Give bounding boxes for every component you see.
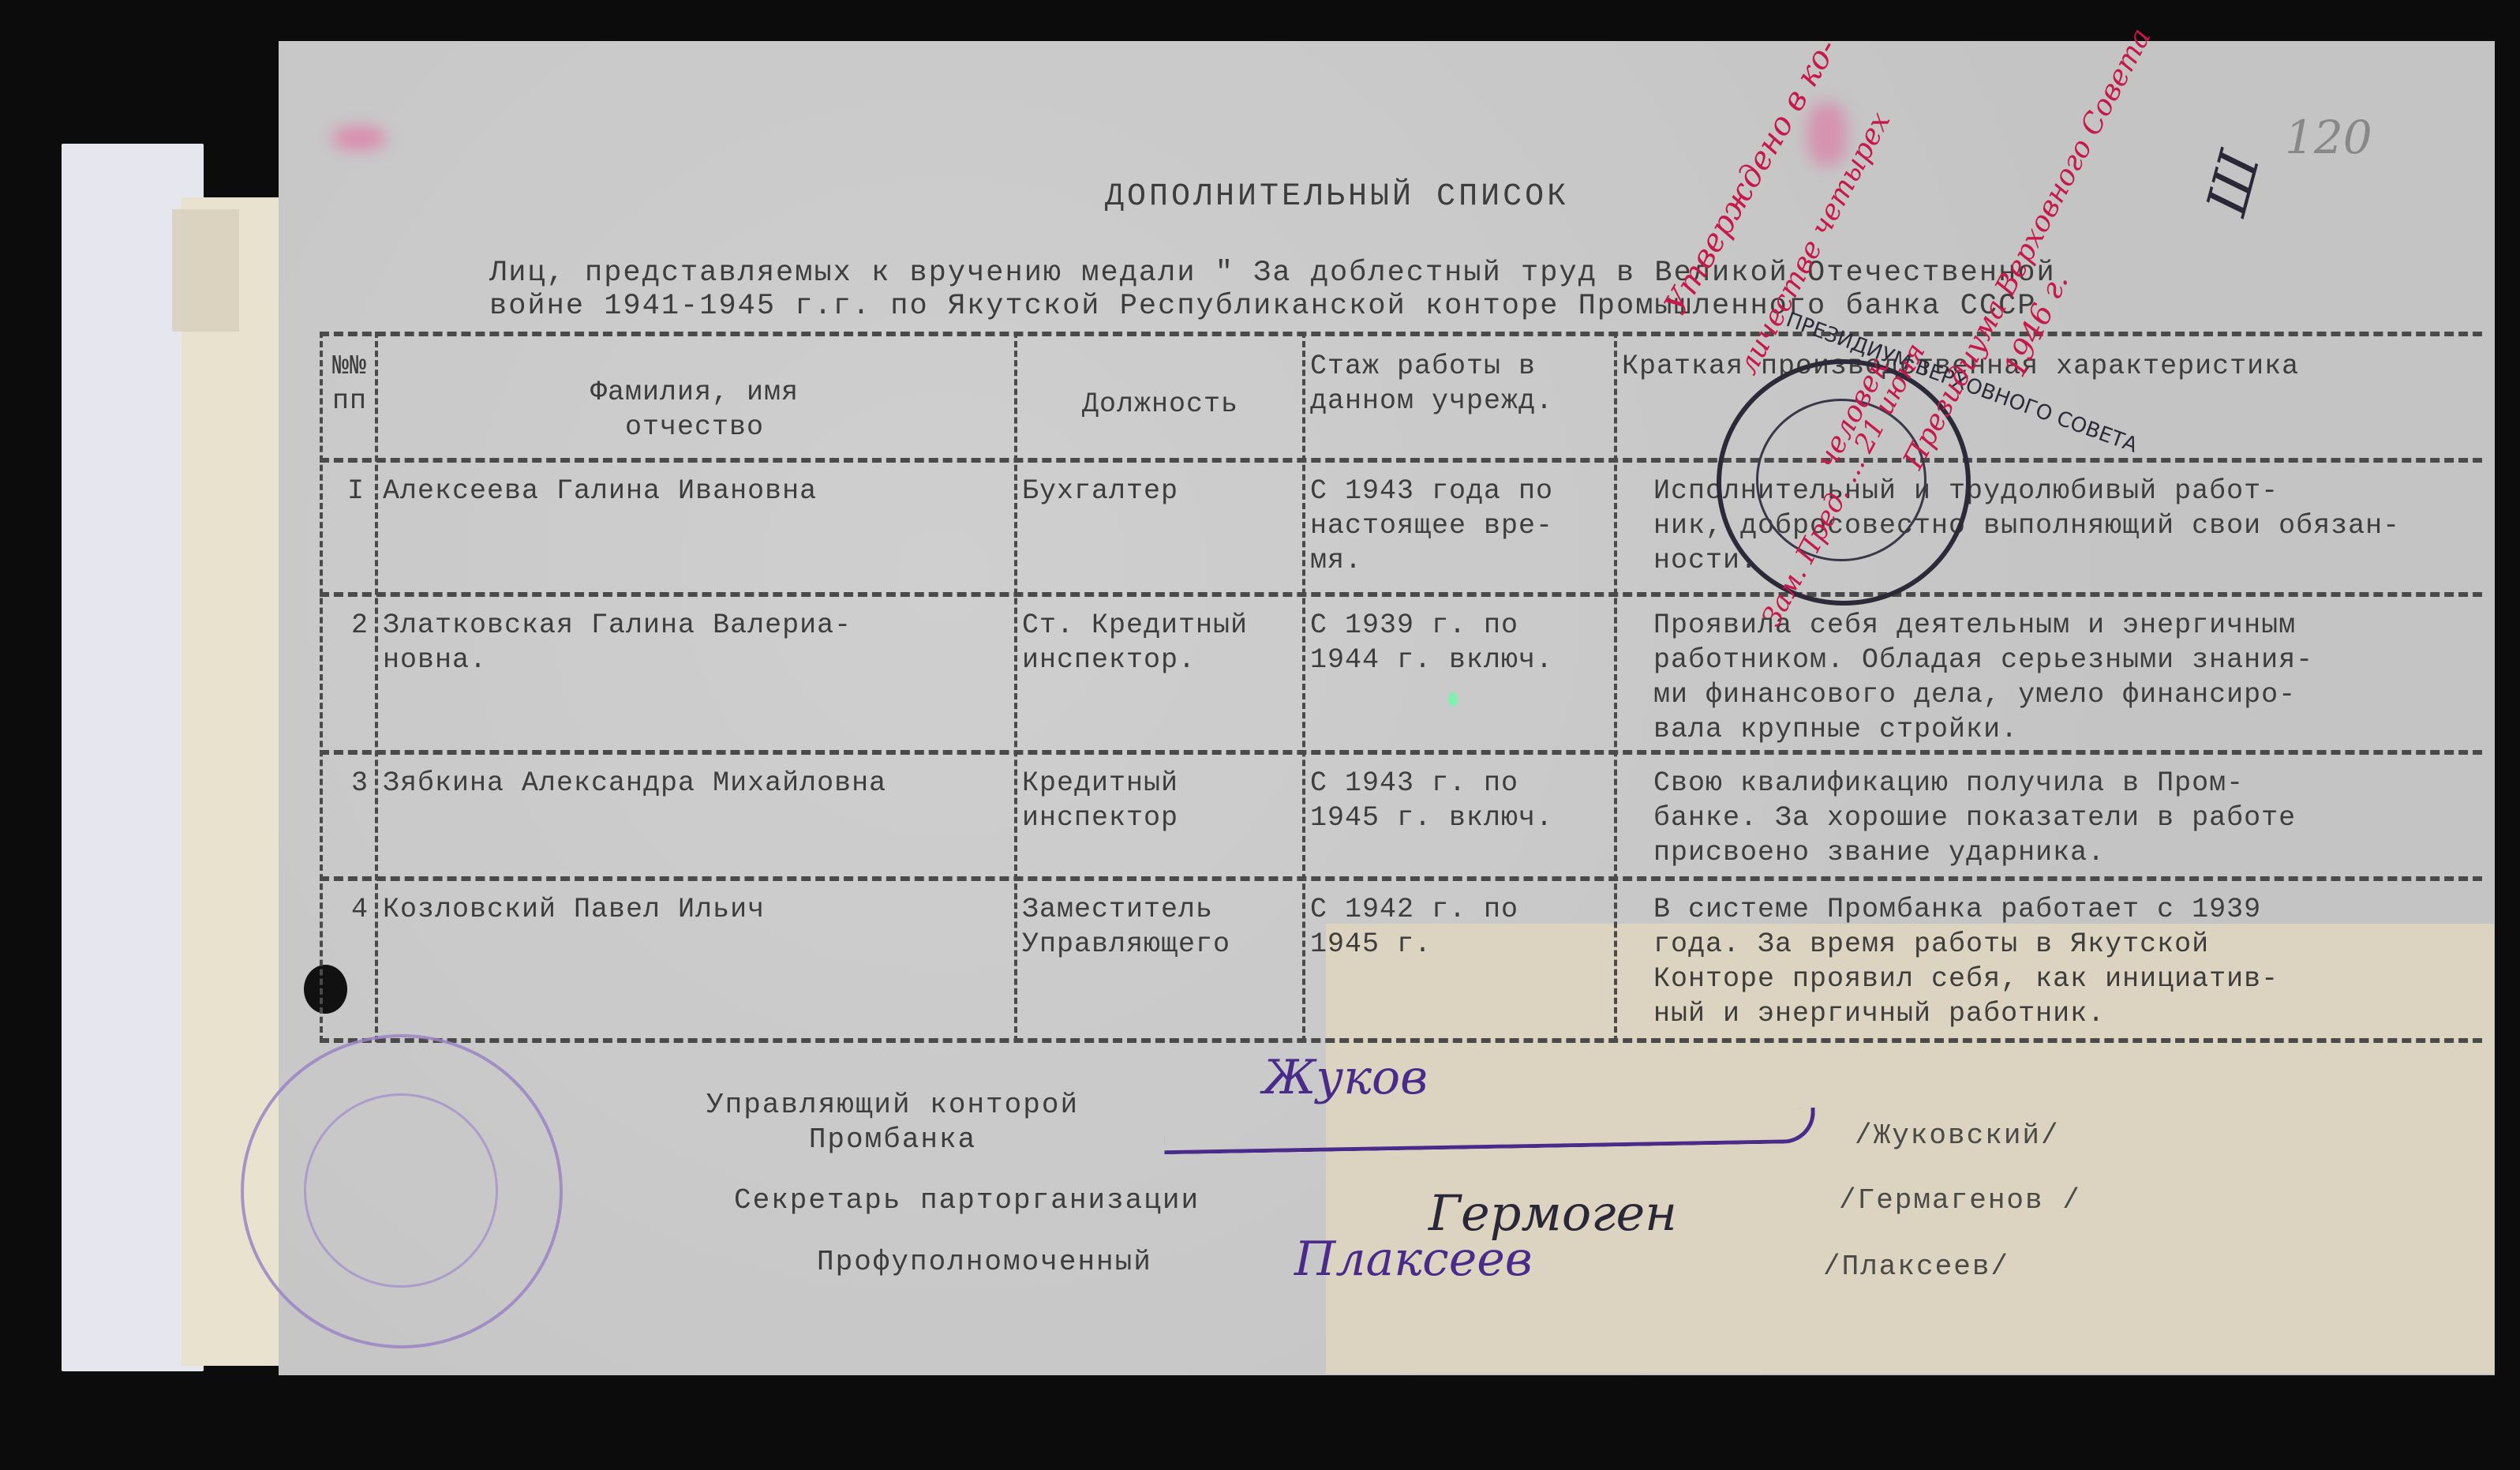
signature-manager-handwritten: Жуков bbox=[1263, 1050, 1428, 1105]
row-2-position: Ст. Кредитный инспектор. bbox=[1022, 608, 1298, 677]
row-2-num: 2 bbox=[351, 608, 369, 643]
row-2-characteristic: Проявила себя деятельным и энергичным ра… bbox=[1653, 608, 2474, 747]
row-2-tenure: С 1939 г. по 1944 г. включ. bbox=[1310, 608, 1610, 677]
table-rule bbox=[1302, 332, 1305, 1042]
ink-blot bbox=[1807, 103, 1847, 166]
table-rule bbox=[320, 458, 2482, 463]
table-rule bbox=[320, 1038, 2482, 1043]
table-rule bbox=[320, 332, 2482, 336]
row-1-name: Алексеева Галина Ивановна bbox=[383, 474, 1006, 508]
row-4-characteristic: В системе Промбанка работает с 1939 года… bbox=[1653, 892, 2474, 1031]
signature-name-secretary: /Гермагенов / bbox=[1839, 1184, 2081, 1217]
row-4-name: Козловский Павел Ильич bbox=[383, 892, 1006, 927]
signature-role-manager: Управляющий конторой Промбанка bbox=[706, 1088, 1079, 1157]
document-title: ДОПОЛНИТЕЛЬНЫЙ СПИСОК bbox=[1105, 180, 1569, 215]
row-3-position: Кредитный инспектор bbox=[1022, 766, 1298, 835]
table-rule bbox=[320, 332, 323, 1042]
table-rule bbox=[320, 876, 2482, 881]
row-4-num: 4 bbox=[351, 892, 369, 927]
header-tenure: Стаж работы в данном учрежд. bbox=[1310, 349, 1610, 418]
table-rule bbox=[320, 592, 2482, 597]
ink-blot bbox=[331, 126, 387, 150]
header-name: Фамилия, имя отчество bbox=[383, 375, 1006, 444]
row-4-position: Заместитель Управляющего bbox=[1022, 892, 1298, 962]
bank-stamp-inner-ring bbox=[304, 1093, 498, 1288]
row-4-tenure: С 1942 г. по 1945 г. bbox=[1310, 892, 1610, 962]
sheet-number: 120 bbox=[2285, 111, 2372, 164]
row-2-name: Златковская Галина Валериа- новна. bbox=[383, 608, 1006, 677]
row-1-num: I bbox=[347, 474, 365, 508]
row-3-name: Зябкина Александра Михайловна bbox=[383, 766, 1006, 801]
signature-role-secretary: Секретарь парторганизации bbox=[734, 1184, 1200, 1217]
row-1-position: Бухгалтер bbox=[1022, 474, 1298, 508]
signature-union-handwritten: Плаксеев bbox=[1294, 1232, 1533, 1287]
row-3-tenure: С 1943 г. по 1945 г. включ. bbox=[1310, 766, 1610, 835]
signature-role-union: Профуполномоченный bbox=[817, 1246, 1152, 1278]
row-3-num: 3 bbox=[351, 766, 369, 801]
tape-patch bbox=[172, 209, 239, 332]
signature-name-manager: /Жуковский/ bbox=[1855, 1119, 2060, 1152]
table-rule bbox=[1614, 332, 1617, 1042]
header-position: Должность bbox=[1022, 387, 1298, 422]
header-num: №№ пп bbox=[326, 349, 373, 418]
table-rule bbox=[320, 750, 2482, 755]
table-rule bbox=[1014, 332, 1017, 1042]
row-1-tenure: С 1943 года по настоящее вре- мя. bbox=[1310, 474, 1610, 578]
signature-name-union: /Плаксеев/ bbox=[1823, 1251, 2009, 1283]
table-rule bbox=[375, 332, 378, 1042]
awards-table: №№ пп Фамилия, имя отчество Должность Ст… bbox=[320, 332, 2482, 1042]
row-3-characteristic: Свою квалификацию получила в Пром- банке… bbox=[1653, 766, 2474, 870]
